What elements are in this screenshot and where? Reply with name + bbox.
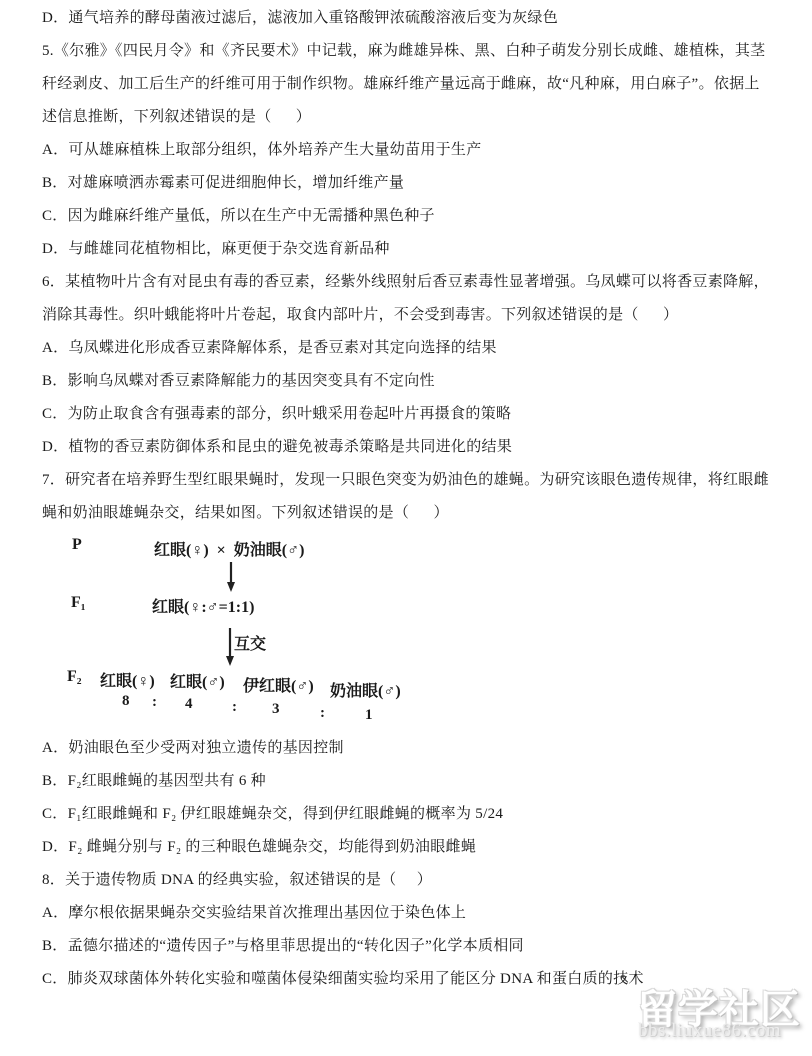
f2-ratio-colon: : — [232, 699, 237, 716]
q6-option-c: C．为防止取食含有强毒素的部分，织叶蛾采用卷起叶片再摄食的策略 — [42, 398, 812, 431]
q5-option-a: A．可从雄麻植株上取部分组织，体外培养产生大量幼苗用于生产 — [42, 134, 812, 167]
f2-ratio-colon: : — [320, 705, 325, 722]
f2-phenotype-eosin-male: 伊红眼(♂) — [243, 673, 314, 696]
q5-option-c: C．因为雌麻纤维产量低，所以在生产中无需播种黑色种子 — [42, 200, 812, 233]
q7-stem-line-2: 蝇和奶油眼雄蝇杂交，结果如图。下列叙述错误的是（ ） — [42, 497, 812, 530]
p-cross-text: 红眼(♀) × 奶油眼(♂) — [154, 537, 304, 560]
f2-ratio-value: 4 — [185, 696, 193, 713]
f2-ratio-colon: : — [152, 694, 157, 711]
f2-phenotype-cream-male: 奶油眼(♂) — [330, 678, 401, 701]
q5-stem-line-1: 5.《尔雅》《四民月令》和《齐民要术》中记载，麻为雌雄异株、黑、白种子萌发分别长… — [42, 35, 812, 68]
q6-option-a: A．乌凤蝶进化形成香豆素降解体系，是香豆素对其定向选择的结果 — [42, 332, 812, 365]
f1-generation-label: F₁ — [71, 594, 86, 612]
q5-option-b: B．对雄麻喷洒赤霉素可促进细胞伸长，增加纤维产量 — [42, 167, 812, 200]
q7-stem-line-1: 7．研究者在培养野生型红眼果蝇时，发现一只眼色突变为奶油色的雄蝇。为研究该眼色遗… — [42, 464, 812, 497]
q5-option-d: D．与雌雄同花植物相比，麻更便于杂交选育新品种 — [42, 233, 812, 266]
q7-option-c: C．F₁红眼雌蝇和 F₂ 伊红眼雄蝇杂交，得到伊红眼雌蝇的概率为 5/24 — [42, 798, 812, 831]
f1-result-text: 红眼(♀:♂=1:1) — [152, 594, 254, 617]
f2-ratio-value: 8 — [122, 693, 130, 710]
q6-stem-line-2: 消除其毒性。织叶蛾能将叶片卷起，取食内部叶片，不会受到毒害。下列叙述错误的是（ … — [42, 299, 812, 332]
watermark-url: bbs.liuxue86.com — [638, 1020, 781, 1042]
f2-ratio-value: 1 — [365, 707, 373, 724]
q6-option-d: D．植物的香豆素防御体系和昆虫的避免被毒杀策略是共同进化的结果 — [42, 431, 812, 464]
p-generation-label: P — [72, 536, 82, 554]
f2-generation-label: F₂ — [67, 668, 82, 686]
site-watermark: ↖ 留学社区 bbs.liuxue86.com — [621, 978, 806, 1048]
q7-option-a: A．奶油眼色至少受两对独立遗传的基因控制 — [42, 732, 812, 765]
q4-option-d: D．通气培养的酵母菌液过滤后，滤液加入重铬酸钾浓硫酸溶液后变为灰绿色 — [42, 2, 812, 35]
q7-option-b: B．F₂红眼雌蝇的基因型共有 6 种 — [42, 765, 812, 798]
exam-page: D．通气培养的酵母菌液过滤后，滤液加入重铬酸钾浓硫酸溶液后变为灰绿色5.《尔雅》… — [0, 0, 812, 1056]
q7-option-d: D．F₂ 雌蝇分别与 F₂ 的三种眼色雄蝇杂交，均能得到奶油眼雌蝇 — [42, 831, 812, 864]
f2-phenotype-red-female: 红眼(♀) — [100, 668, 155, 691]
down-arrow-icon — [225, 562, 237, 592]
q6-option-b: B．影响乌凤蝶对香豆素降解能力的基因突变具有不定向性 — [42, 365, 812, 398]
cursor-arrow-icon: ↖ — [619, 972, 630, 987]
intercross-label: 互交 — [234, 631, 266, 654]
exam-text-lower: A．奶油眼色至少受两对独立遗传的基因控制B．F₂红眼雌蝇的基因型共有 6 种C．… — [42, 732, 812, 996]
q5-stem-line-3: 述信息推断，下列叙述错误的是（ ） — [42, 101, 812, 134]
q8-option-b: B．孟德尔描述的“遗传因子”与格里菲思提出的“转化因子”化学本质相同 — [42, 930, 812, 963]
q8-stem: 8．关于遗传物质 DNA 的经典实验，叙述错误的是（ ） — [42, 864, 812, 897]
q6-stem-line-1: 6．某植物叶片含有对昆虫有毒的香豆素，经紫外线照射后香豆素毒性显著增强。乌凤蝶可… — [42, 266, 812, 299]
f2-phenotype-red-male: 红眼(♂) — [170, 669, 225, 692]
q8-option-a: A．摩尔根依据果蝇杂交实验结果首次推理出基因位于染色体上 — [42, 897, 812, 930]
fly-cross-diagram: P 红眼(♀) × 奶油眼(♂) F₁ 红眼(♀:♂=1:1) 互交 F₂ 红眼… — [42, 530, 522, 732]
exam-text-upper: D．通气培养的酵母菌液过滤后，滤液加入重铬酸钾浓硫酸溶液后变为灰绿色5.《尔雅》… — [42, 2, 812, 530]
q5-stem-line-2: 秆经剥皮、加工后生产的纤维可用于制作织物。雄麻纤维产量远高于雌麻，故“凡种麻，用… — [42, 68, 812, 101]
f2-ratio-value: 3 — [272, 701, 280, 718]
